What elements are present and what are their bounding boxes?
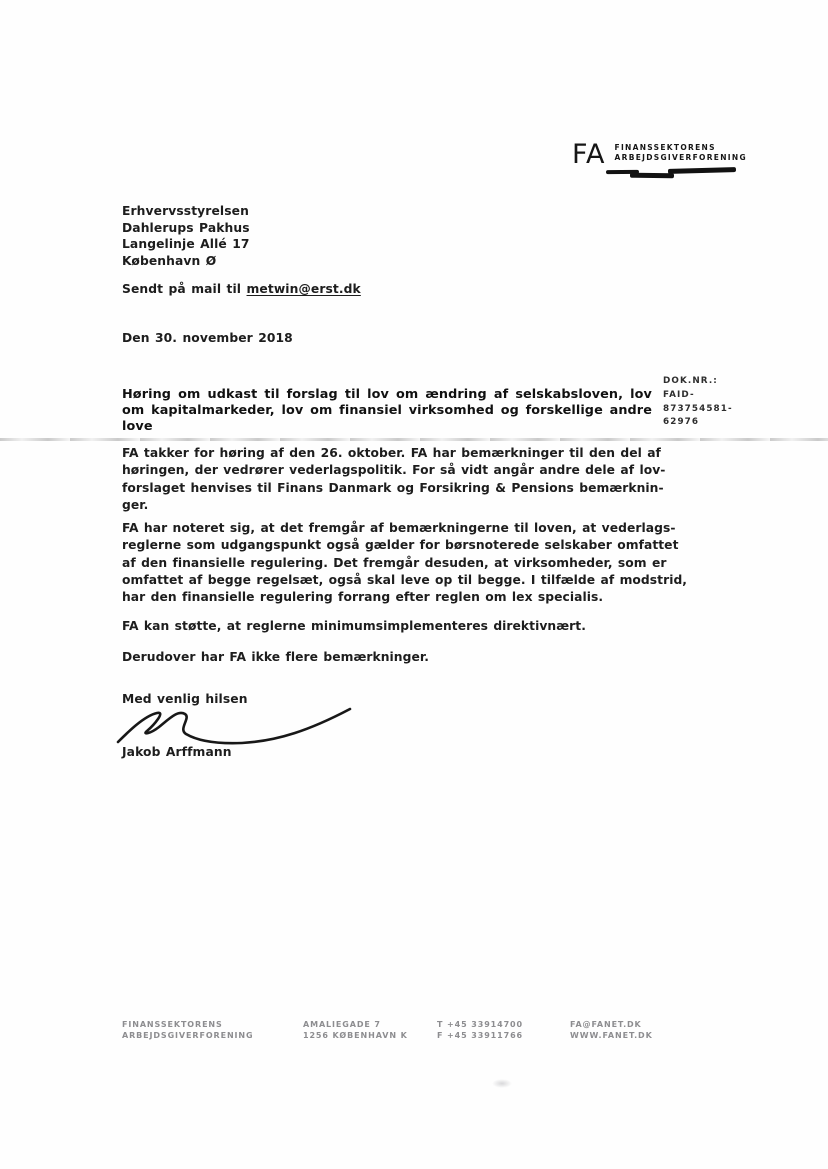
body-paragraph-1: FA takker for høring af den 26. oktober.… [122, 445, 654, 514]
letter-date: Den 30. november 2018 [122, 330, 293, 347]
footer-website-line: WWW.FANET.DK [570, 1030, 653, 1041]
body-paragraph-4: Derudover har FA ikke flere bemærkninger… [122, 649, 654, 666]
footer-web: FA@FANET.DK WWW.FANET.DK [570, 1019, 653, 1041]
subject-heading: Høring om udkast til forslag til lov om … [122, 387, 652, 434]
subject-line: love [122, 419, 652, 435]
doc-ref-block: DOK.NR.: FAID- 873754581- 62976 [663, 375, 733, 430]
fa-logo: FA FINANSSEKTORENS ARBEJDSGIVERFORENING [572, 139, 747, 170]
scanned-letter-page: FA FINANSSEKTORENS ARBEJDSGIVERFORENING … [0, 0, 828, 1169]
recipient-line: København Ø [122, 253, 250, 270]
footer-fax-line: F +45 33911766 [437, 1030, 523, 1041]
fa-logo-org-line1: FINANSSEKTORENS [615, 143, 747, 153]
paragraph-line: FA kan støtte, at reglerne minimumsimple… [122, 618, 654, 635]
paragraph-line: Derudover har FA ikke flere bemærkninger… [122, 649, 654, 666]
recipient-line: Langelinje Allé 17 [122, 236, 250, 253]
recipient-line: Erhvervsstyrelsen [122, 203, 250, 220]
footer-org: FINANSSEKTORENS ARBEJDSGIVERFORENING [122, 1019, 253, 1041]
footer-address-line: 1256 KØBENHAVN K [303, 1030, 408, 1041]
doc-ref-line: 62976 [663, 416, 733, 430]
doc-ref-line: FAID- [663, 389, 733, 403]
fa-logo-monogram: FA [572, 139, 606, 170]
paragraph-line: FA har noteret sig, at det fremgår af be… [122, 520, 654, 537]
subject-line: Høring om udkast til forslag til lov om … [122, 387, 652, 403]
fa-logo-org-line2: ARBEJDSGIVERFORENING [615, 153, 747, 163]
footer-email-line: FA@FANET.DK [570, 1019, 653, 1030]
sent-via-line: Sendt på mail til metwin@erst.dk [122, 281, 361, 298]
body-paragraph-3: FA kan støtte, at reglerne minimumsimple… [122, 618, 654, 635]
footer-phone: T +45 33914700 F +45 33911766 [437, 1019, 523, 1041]
paragraph-line: ger. [122, 497, 654, 514]
paragraph-line: forslaget henvises til Finans Danmark og… [122, 480, 654, 497]
logo-underline-bar-right [668, 167, 736, 174]
scan-smudge [492, 1079, 512, 1088]
signer-name: Jakob Arffmann [122, 744, 232, 761]
doc-ref-label: DOK.NR.: [663, 375, 733, 389]
recipient-address: Erhvervsstyrelsen Dahlerups Pakhus Lange… [122, 203, 250, 269]
paragraph-line: af den finansielle regulering. Det fremg… [122, 555, 654, 572]
logo-underline-bar-middle [630, 173, 674, 179]
paragraph-line: omfattet af begge regelsæt, også skal le… [122, 572, 654, 589]
subject-line: om kapitalmarkeder, lov om finansiel vir… [122, 403, 652, 419]
doc-ref-line: 873754581- [663, 403, 733, 417]
footer-phone-line: T +45 33914700 [437, 1019, 523, 1030]
scan-artifact-line [0, 438, 828, 441]
footer-address-line: AMALIEGADE 7 [303, 1019, 408, 1030]
footer-org-line: FINANSSEKTORENS [122, 1019, 253, 1030]
footer-org-line: ARBEJDSGIVERFORENING [122, 1030, 253, 1041]
body-paragraph-2: FA har noteret sig, at det fremgår af be… [122, 520, 654, 606]
email-address: metwin@erst.dk [247, 282, 361, 296]
paragraph-line: reglerne som udgangspunkt også gælder fo… [122, 537, 654, 554]
recipient-line: Dahlerups Pakhus [122, 220, 250, 237]
paragraph-line: har den finansielle regulering forrang e… [122, 589, 654, 606]
paragraph-line: høringen, der vedrører vederlagspolitik.… [122, 462, 654, 479]
footer-address: AMALIEGADE 7 1256 KØBENHAVN K [303, 1019, 408, 1041]
paragraph-line: FA takker for høring af den 26. oktober.… [122, 445, 654, 462]
sent-via-prefix: Sendt på mail til [122, 282, 247, 296]
